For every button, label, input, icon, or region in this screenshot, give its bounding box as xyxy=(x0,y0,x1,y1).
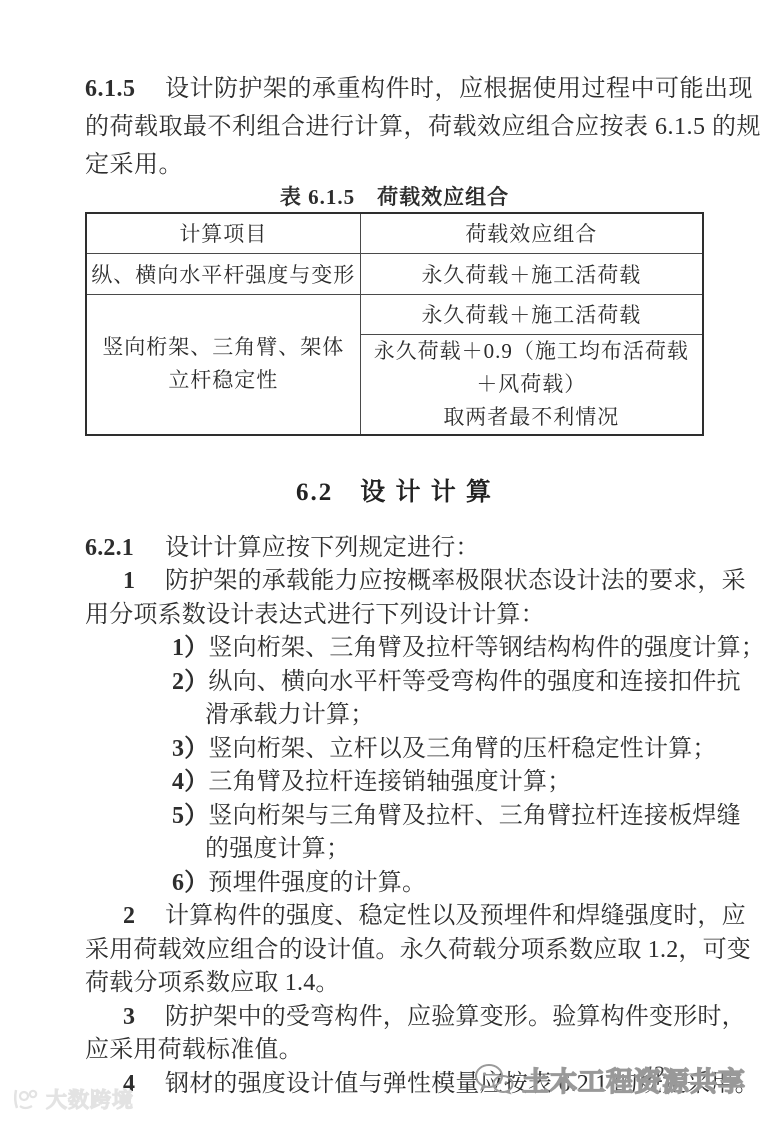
subitem-number: 1） xyxy=(172,632,208,666)
clause-line: 3防护架中的受弯构件，应验算变形。验算构件变形时， xyxy=(85,1001,704,1035)
table-row: 竖向桁架、三角臂、架体 立杆稳定性 永久荷载＋施工活荷载 xyxy=(86,294,703,334)
clause-number: 6.2.1 xyxy=(85,532,165,566)
table-cell-item-line1: 竖向桁架、三角臂、架体 xyxy=(102,335,344,359)
clause-text: 预埋件强度的计算。 xyxy=(208,870,426,896)
page-content: 6.1.5设计防护架的承重构件时，应根据使用过程中可能出现 的荷载取最不利组合进… xyxy=(85,70,704,1101)
clause-6-2-1: 6.2.1设计计算应按下列规定进行： 1防护架的承载能力应按概率极限状态设计法的… xyxy=(85,532,704,1102)
clause-text: 计算构件的强度、稳定性以及预埋件和焊缝强度时，应 xyxy=(165,903,746,929)
clause-text: 竖向桁架、立杆以及三角臂的压杆稳定性计算； xyxy=(208,736,716,762)
subitem-number: 5） xyxy=(172,800,208,834)
clause-line: 2）纵向、横向水平杆等受弯构件的强度和连接扣件抗 xyxy=(85,666,704,700)
clause-line: 2计算构件的强度、稳定性以及预埋件和焊缝强度时，应 xyxy=(85,900,704,934)
table-cell-item-line2: 立杆稳定性 xyxy=(168,368,278,392)
clause-text: 防护架中的受弯构件，应验算变形。验算构件变形时， xyxy=(165,1004,746,1030)
left-watermark: 大数跨境 xyxy=(10,1084,134,1114)
clause-line: 1）竖向桁架、三角臂及拉杆等钢结构构件的强度计算； xyxy=(85,632,704,666)
table-6-1-5: 计算项目 荷载效应组合 纵、横向水平杆强度与变形 永久荷载＋施工活荷载 竖向桁架… xyxy=(85,212,704,436)
clause-line: 1防护架的承载能力应按概率极限状态设计法的要求，采 xyxy=(85,565,704,599)
clause-6-1-5-line-1: 6.1.5设计防护架的承重构件时，应根据使用过程中可能出现 xyxy=(85,70,704,108)
clause-text: 三角臂及拉杆连接销轴强度计算； xyxy=(208,769,571,795)
dashu-logo-icon xyxy=(10,1086,40,1112)
table-cell-combo: 永久荷载＋施工活荷载 xyxy=(360,253,703,294)
subitem-number: 4） xyxy=(172,766,208,800)
clause-number: 6.1.5 xyxy=(85,70,165,108)
clause-line: 5）竖向桁架与三角臂及拉杆、三角臂拉杆连接板焊缝 xyxy=(85,800,704,834)
clause-line: 滑承载力计算； xyxy=(85,699,704,733)
clause-text: 纵向、横向水平杆等受弯构件的强度和连接扣件抗 xyxy=(208,669,740,695)
subitem-number: 6） xyxy=(172,867,208,901)
table-cell-combo-line1: 永久荷载＋0.9（施工均布活荷载＋风荷载） xyxy=(374,339,689,396)
table-cell-combo-line2: 取两者最不利情况 xyxy=(443,405,619,429)
table-6-1-5-title: 表 6.1.5 荷载效应组合 xyxy=(85,184,704,210)
item-number: 1 xyxy=(123,565,165,599)
table-header-row: 计算项目 荷载效应组合 xyxy=(86,213,703,253)
clause-line: 荷载分项系数应取 1.4。 xyxy=(85,967,704,1001)
clause-text: 竖向桁架、三角臂及拉杆等钢结构构件的强度计算； xyxy=(208,635,765,661)
clause-6-1-5-line-3: 定采用。 xyxy=(85,146,704,184)
section-heading-6-2: 6.2 设 计 计 算 xyxy=(85,478,704,508)
clause-line: 4）三角臂及拉杆连接销轴强度计算； xyxy=(85,766,704,800)
right-watermark-text: 土木工程资源共享 xyxy=(522,1060,746,1099)
clause-text: 设计防护架的承重构件时，应根据使用过程中可能出现 xyxy=(165,76,753,102)
left-watermark-text: 大数跨境 xyxy=(46,1084,134,1114)
clause-line: 3）竖向桁架、立杆以及三角臂的压杆稳定性计算； xyxy=(85,733,704,767)
subitem-number: 2） xyxy=(172,666,208,700)
table-cell-item: 纵、横向水平杆强度与变形 xyxy=(86,253,360,294)
item-number: 3 xyxy=(123,1001,165,1035)
clause-text: 防护架的承载能力应按概率极限状态设计法的要求，采 xyxy=(165,568,746,594)
wechat-icon xyxy=(474,1063,514,1097)
clause-line: 的强度计算； xyxy=(85,833,704,867)
table-row: 纵、横向水平杆强度与变形 永久荷载＋施工活荷载 xyxy=(86,253,703,294)
item-number: 2 xyxy=(123,900,165,934)
clause-text: 竖向桁架与三角臂及拉杆、三角臂拉杆连接板焊缝 xyxy=(208,803,740,829)
clause-line: 6）预埋件强度的计算。 xyxy=(85,867,704,901)
subitem-number: 3） xyxy=(172,733,208,767)
scanned-document-page: { "p615": { "num": "6.1.5", "line1": "设计… xyxy=(0,0,768,1122)
table-cell-item: 竖向桁架、三角臂、架体 立杆稳定性 xyxy=(86,294,360,435)
table-cell-combo: 永久荷载＋0.9（施工均布活荷载＋风荷载） 取两者最不利情况 xyxy=(360,334,703,435)
document-page: 6.1.5设计防护架的承重构件时，应根据使用过程中可能出现 的荷载取最不利组合进… xyxy=(0,0,768,1122)
right-watermark: 土木工程资源共享 xyxy=(474,1060,746,1099)
clause-6-1-5: 6.1.5设计防护架的承重构件时，应根据使用过程中可能出现 的荷载取最不利组合进… xyxy=(85,70,704,184)
table-cell-combo: 永久荷载＋施工活荷载 xyxy=(360,294,703,334)
table-header-combo: 荷载效应组合 xyxy=(360,213,703,253)
clause-line: 用分项系数设计表达式进行下列设计计算： xyxy=(85,599,704,633)
clause-line: 采用荷载效应组合的设计值。永久荷载分项系数应取 1.2，可变 xyxy=(85,934,704,968)
clause-line: 6.2.1设计计算应按下列规定进行： xyxy=(85,532,704,566)
clause-6-1-5-line-2: 的荷载取最不利组合进行计算，荷载效应组合应按表 6.1.5 的规 xyxy=(85,108,704,146)
table-header-item: 计算项目 xyxy=(86,213,360,253)
clause-text: 设计计算应按下列规定进行： xyxy=(165,535,480,561)
